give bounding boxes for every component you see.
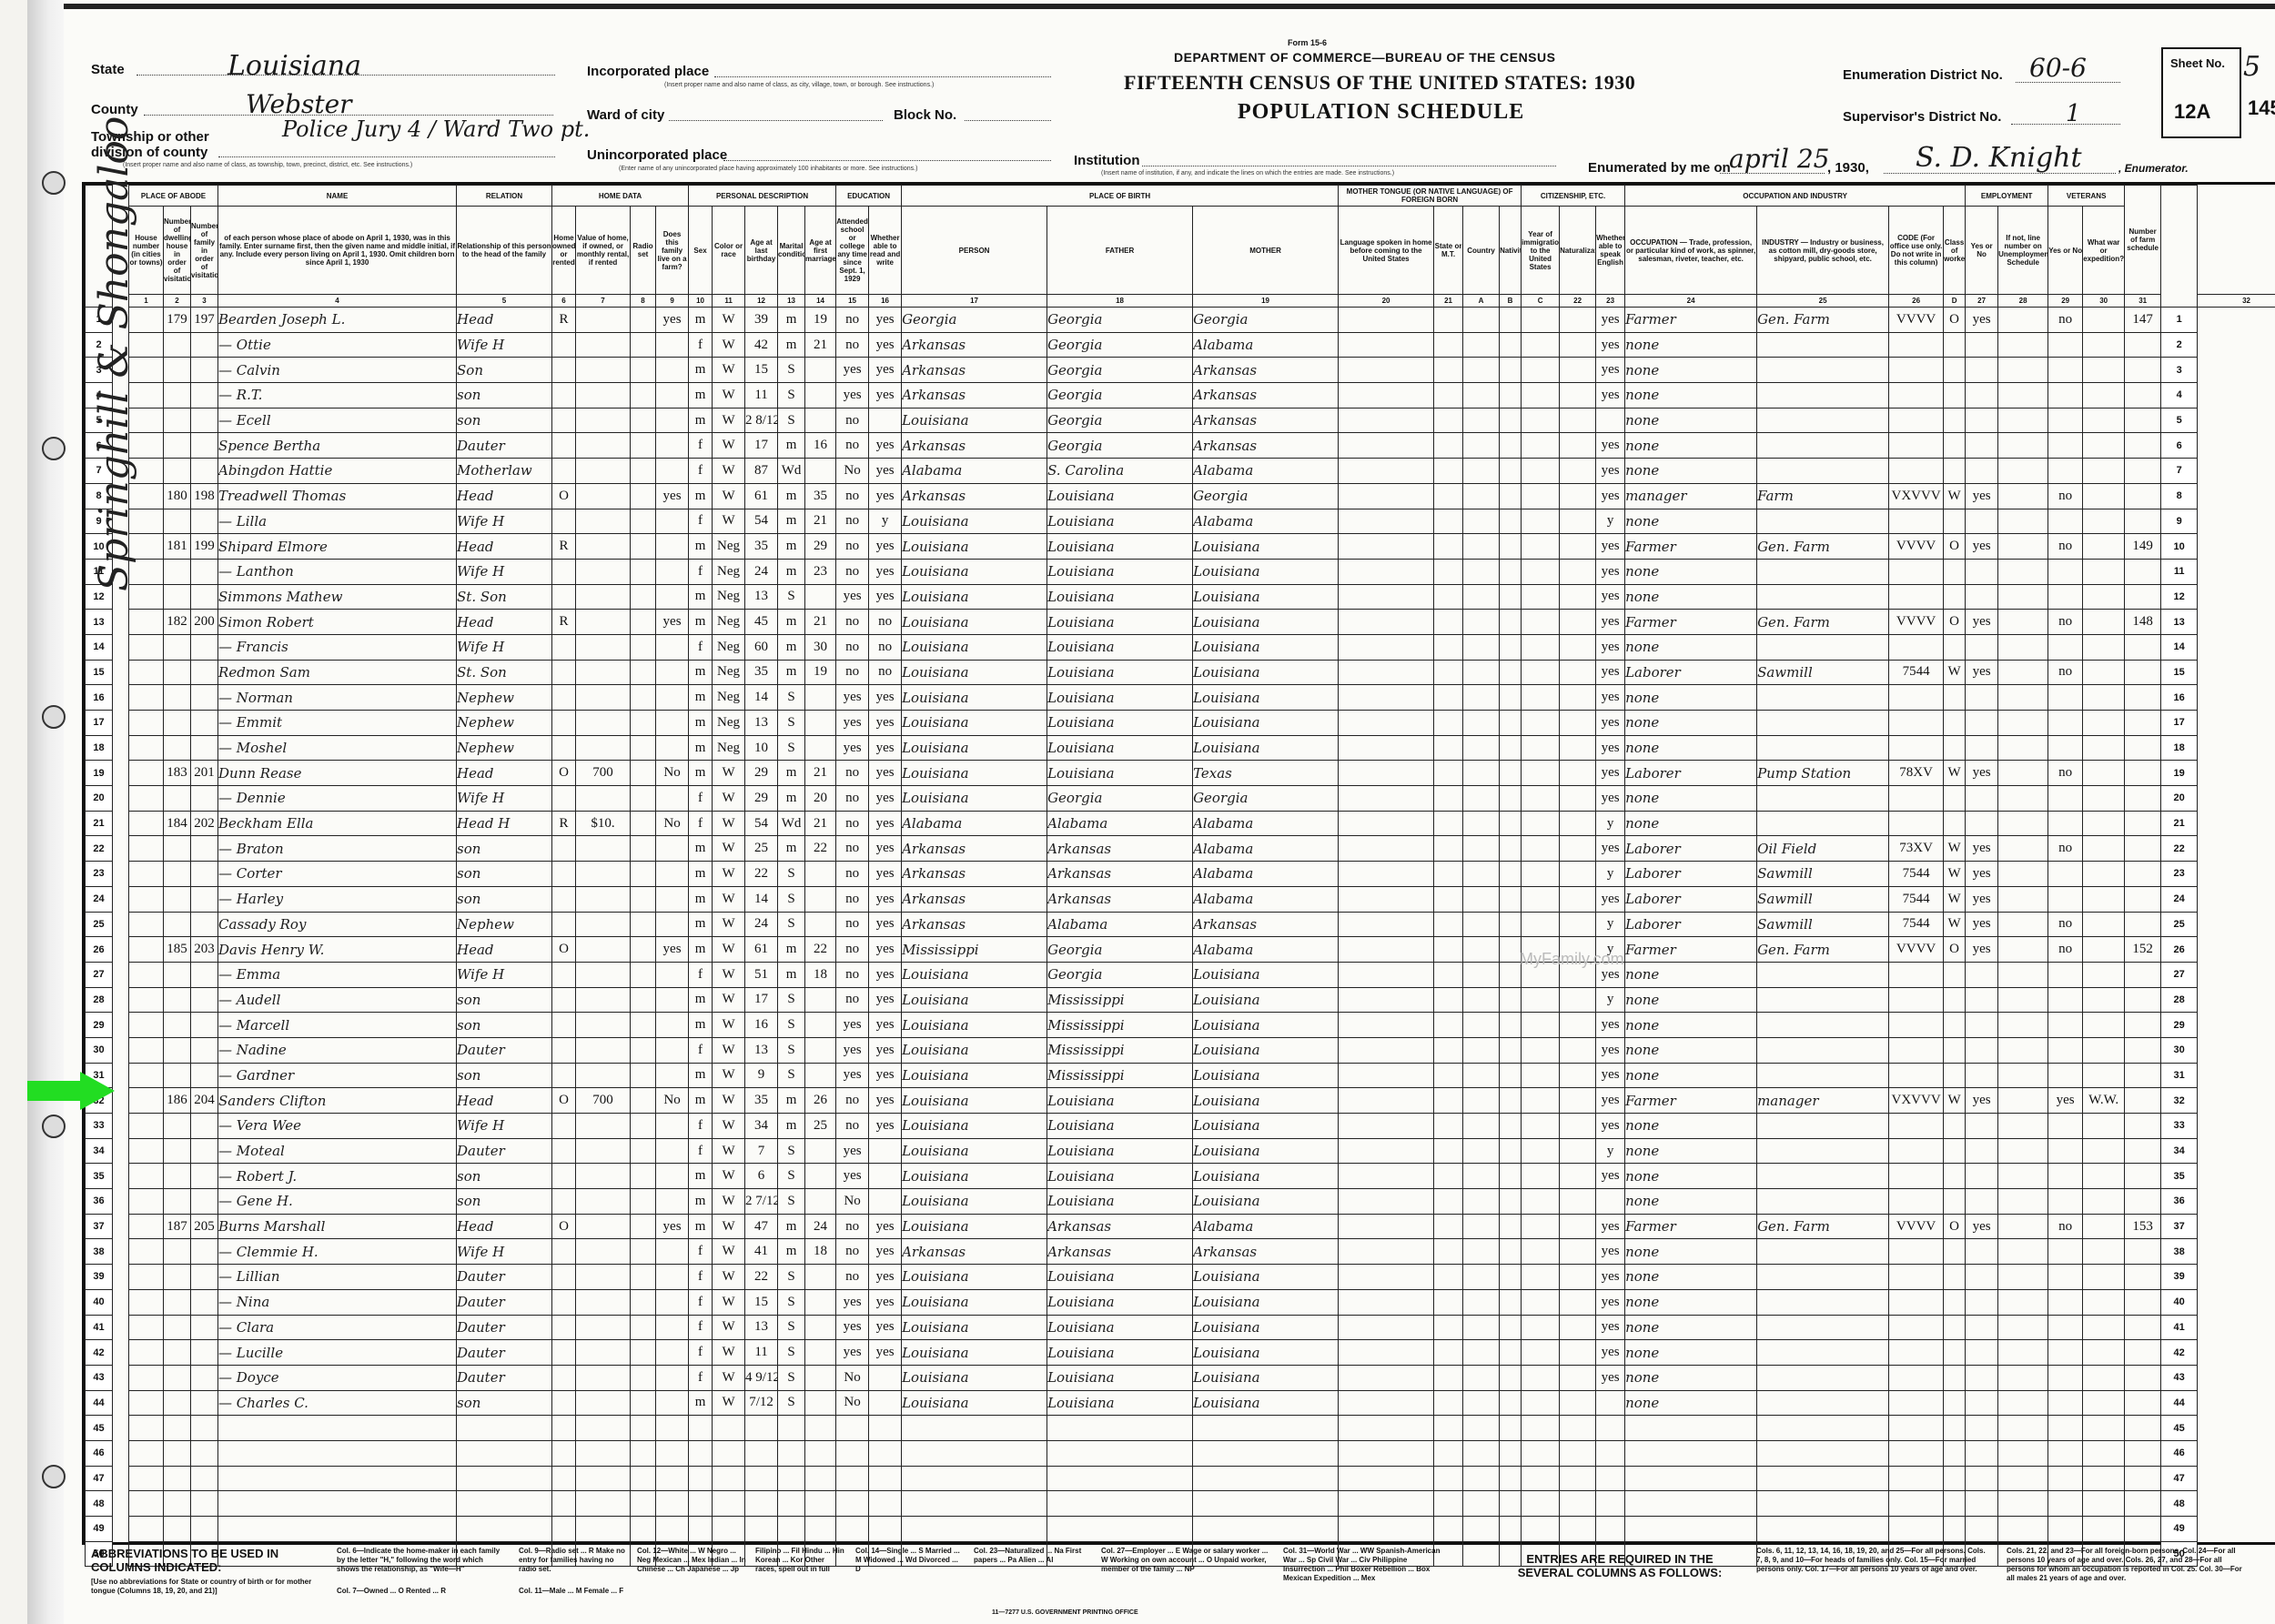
cell-war bbox=[2083, 1340, 2125, 1366]
cell-school: yes bbox=[836, 1013, 869, 1038]
cell-farm bbox=[656, 509, 689, 534]
cell-lang bbox=[1339, 811, 1434, 836]
cell-radio bbox=[631, 811, 656, 836]
cell-relation: Wife H bbox=[457, 1114, 552, 1139]
cell-occupation: none bbox=[1625, 811, 1757, 836]
cell-unemp bbox=[1998, 962, 2048, 987]
cell-immig bbox=[1522, 1063, 1560, 1088]
street-cell bbox=[129, 1013, 164, 1038]
cell-mother: Louisiana bbox=[1193, 1063, 1339, 1088]
cell-work bbox=[1966, 1315, 1998, 1340]
cell-relation: Head bbox=[457, 1088, 552, 1114]
street-cell bbox=[129, 1315, 164, 1340]
cell-read: yes bbox=[869, 786, 902, 812]
cell-relation: Dauter bbox=[457, 1315, 552, 1340]
cell-name: Redmon Sam bbox=[218, 660, 457, 685]
cell-lang bbox=[1339, 1365, 1434, 1390]
cell-school: yes bbox=[836, 1063, 869, 1088]
cell-read: yes bbox=[869, 459, 902, 484]
cell-code bbox=[1889, 383, 1944, 409]
cell-marital: m bbox=[778, 786, 805, 812]
cell-owned: R bbox=[552, 308, 576, 333]
cell-dwelling bbox=[164, 735, 191, 761]
cell-age: 35 bbox=[745, 660, 778, 685]
cell-natur bbox=[1560, 634, 1596, 660]
cell-value bbox=[576, 1138, 631, 1164]
cell-work bbox=[1966, 559, 1998, 584]
cell-age-marr: 23 bbox=[805, 559, 836, 584]
cell-cC bbox=[1500, 358, 1522, 383]
cell-owned bbox=[552, 862, 576, 887]
cell-occupation: Farmer bbox=[1625, 308, 1757, 333]
cell-name: — Norman bbox=[218, 685, 457, 711]
line-number: 20 bbox=[86, 786, 113, 812]
cell-read: yes bbox=[869, 836, 902, 862]
cell-farm-sched bbox=[2125, 559, 2161, 584]
cell-cC bbox=[1500, 1517, 1522, 1542]
cell-race: Neg bbox=[713, 584, 745, 610]
cell-immig bbox=[1522, 483, 1560, 509]
cell-marital: S bbox=[778, 408, 805, 433]
cell-vet bbox=[2048, 811, 2083, 836]
cell-natur bbox=[1560, 1063, 1596, 1088]
cell-family bbox=[191, 383, 218, 409]
cell-work bbox=[1966, 1340, 1998, 1366]
cell-immig bbox=[1522, 1491, 1560, 1517]
cell-age: 45 bbox=[745, 610, 778, 635]
table-row: 4747 bbox=[86, 1466, 2275, 1491]
cell-cA bbox=[1434, 634, 1463, 660]
cell-school: no bbox=[836, 912, 869, 937]
cell-dwelling bbox=[164, 862, 191, 887]
name-group: NAME bbox=[218, 186, 457, 207]
cell-relation: St. Son bbox=[457, 660, 552, 685]
cell-occupation: none bbox=[1625, 1265, 1757, 1290]
cell-cA bbox=[1434, 1013, 1463, 1038]
cell-marital: S bbox=[778, 1013, 805, 1038]
cell-work bbox=[1966, 735, 1998, 761]
table-row: 43— DoyceDauterfW4 9/12SNoLouisianaLouis… bbox=[86, 1365, 2275, 1390]
cell-cC bbox=[1500, 433, 1522, 459]
cell-race bbox=[713, 1517, 745, 1542]
cell-sex: m bbox=[689, 1013, 713, 1038]
cell-radio bbox=[631, 735, 656, 761]
cell-cB bbox=[1463, 1466, 1500, 1491]
cell-farm-sched bbox=[2125, 634, 2161, 660]
cell-birth: Louisiana bbox=[902, 1088, 1047, 1114]
cell-mother: Arkansas bbox=[1193, 912, 1339, 937]
department-title: DEPARTMENT OF COMMERCE—BUREAU OF THE CEN… bbox=[1174, 50, 1555, 65]
cell-english: yes bbox=[1596, 660, 1625, 685]
cell-school: yes bbox=[836, 1315, 869, 1340]
cell-birth: Louisiana bbox=[902, 962, 1047, 987]
cell-marital: S bbox=[778, 1289, 805, 1315]
arrow-shaft bbox=[27, 1081, 82, 1101]
cell-name: Cassady Roy bbox=[218, 912, 457, 937]
cell-war bbox=[2083, 735, 2125, 761]
gutter-cell bbox=[113, 735, 129, 761]
line-number: 17 bbox=[86, 711, 113, 736]
cell-natur bbox=[1560, 1114, 1596, 1139]
cell-war bbox=[2083, 1365, 2125, 1390]
cell-race: W bbox=[713, 383, 745, 409]
cell-sex: m bbox=[689, 610, 713, 635]
cell-english: yes bbox=[1596, 735, 1625, 761]
cell-age: 54 bbox=[745, 509, 778, 534]
cell-family: 200 bbox=[191, 610, 218, 635]
cell-farm bbox=[656, 1239, 689, 1265]
cell-immig bbox=[1522, 711, 1560, 736]
cell-relation: Dauter bbox=[457, 1265, 552, 1290]
cell-father: Georgia bbox=[1047, 358, 1193, 383]
column-number: 8 bbox=[631, 295, 656, 308]
cell-family bbox=[191, 685, 218, 711]
cell-read: yes bbox=[869, 987, 902, 1013]
cell-age: 13 bbox=[745, 711, 778, 736]
cell-race bbox=[713, 1416, 745, 1441]
line-number: 46 bbox=[86, 1440, 113, 1466]
cell-owned bbox=[552, 711, 576, 736]
street-cell bbox=[129, 937, 164, 963]
cell-school: no bbox=[836, 886, 869, 912]
cell-class bbox=[1944, 1289, 1966, 1315]
cell-cC bbox=[1500, 408, 1522, 433]
cell-code bbox=[1889, 1517, 1944, 1542]
cell-code: VVVV bbox=[1889, 534, 1944, 560]
cell-cA bbox=[1434, 1265, 1463, 1290]
cell-war bbox=[2083, 1315, 2125, 1340]
cell-code bbox=[1889, 735, 1944, 761]
line-number-right: 6 bbox=[2161, 433, 2198, 459]
cell-relation: son bbox=[457, 836, 552, 862]
cell-race: W bbox=[713, 358, 745, 383]
table-row: 37187205Burns MarshallHeadOyesmW47m24noy… bbox=[86, 1214, 2275, 1239]
cell-farm-sched: 147 bbox=[2125, 308, 2161, 333]
cell-school: no bbox=[836, 1088, 869, 1114]
table-row: 15Redmon SamSt. SonmNeg35m19nonoLouisian… bbox=[86, 660, 2275, 685]
cell-vet bbox=[2048, 634, 2083, 660]
cell-age: 24 bbox=[745, 912, 778, 937]
cell-lang bbox=[1339, 1265, 1434, 1290]
cell-mother: Alabama bbox=[1193, 811, 1339, 836]
cell-english: y bbox=[1596, 1138, 1625, 1164]
cell-occupation bbox=[1625, 1440, 1757, 1466]
population-table: PLACE OF ABODE NAME RELATION HOME DATA P… bbox=[85, 185, 2275, 1567]
cell-mother: Arkansas bbox=[1193, 1239, 1339, 1265]
cell-age: 35 bbox=[745, 1088, 778, 1114]
cell-owned bbox=[552, 1340, 576, 1366]
cell-dwelling bbox=[164, 1063, 191, 1088]
cell-dwelling: 183 bbox=[164, 761, 191, 786]
cell-name: — Charles C. bbox=[218, 1390, 457, 1416]
cell-farm bbox=[656, 1340, 689, 1366]
cell-relation: Nephew bbox=[457, 912, 552, 937]
cell-read: yes bbox=[869, 912, 902, 937]
cell-father: Louisiana bbox=[1047, 1164, 1193, 1189]
cell-vet bbox=[2048, 559, 2083, 584]
cell-war bbox=[2083, 886, 2125, 912]
cell-farm bbox=[656, 534, 689, 560]
cell-owned bbox=[552, 634, 576, 660]
cell-birth: Arkansas bbox=[902, 383, 1047, 409]
cell-age-marr: 19 bbox=[805, 660, 836, 685]
cell-marital: S bbox=[778, 685, 805, 711]
cell-english: yes bbox=[1596, 836, 1625, 862]
cell-code bbox=[1889, 962, 1944, 987]
cell-birth: Louisiana bbox=[902, 1214, 1047, 1239]
table-row: 19183201Dunn ReaseHeadO700NomW29m21noyes… bbox=[86, 761, 2275, 786]
gutter-cell bbox=[113, 811, 129, 836]
cell-cB bbox=[1463, 811, 1500, 836]
cell-unemp bbox=[1998, 1466, 2048, 1491]
state-label: State bbox=[91, 62, 125, 77]
cell-father: Mississippi bbox=[1047, 1037, 1193, 1063]
cell-owned: R bbox=[552, 534, 576, 560]
cell-work bbox=[1966, 1013, 1998, 1038]
table-row: 18— MoshelNephewmNeg10SyesyesLouisianaLo… bbox=[86, 735, 2275, 761]
cell-cC bbox=[1500, 735, 1522, 761]
col-code-b-header: Country bbox=[1463, 207, 1500, 295]
col-read-header: Whether able to read and write bbox=[869, 207, 902, 295]
cell-industry: Sawmill bbox=[1757, 912, 1889, 937]
column-number: 18 bbox=[1047, 295, 1193, 308]
cell-farm-sched bbox=[2125, 711, 2161, 736]
cell-war bbox=[2083, 811, 2125, 836]
sheet-stamp: 145 bbox=[2248, 96, 2275, 120]
cell-marital: S bbox=[778, 584, 805, 610]
cell-unemp bbox=[1998, 509, 2048, 534]
cell-war bbox=[2083, 332, 2125, 358]
cell-owned bbox=[552, 1013, 576, 1038]
cell-family bbox=[191, 862, 218, 887]
cell-name: Dunn Rease bbox=[218, 761, 457, 786]
line-number-right: 9 bbox=[2161, 509, 2198, 534]
cell-lang bbox=[1339, 1164, 1434, 1189]
cell-code bbox=[1889, 433, 1944, 459]
cell-mother: Louisiana bbox=[1193, 1390, 1339, 1416]
cell-owned bbox=[552, 1265, 576, 1290]
cell-dwelling bbox=[164, 886, 191, 912]
cell-birth: Georgia bbox=[902, 308, 1047, 333]
cell-industry bbox=[1757, 1491, 1889, 1517]
cell-industry bbox=[1757, 1517, 1889, 1542]
cell-family: 199 bbox=[191, 534, 218, 560]
cell-unemp bbox=[1998, 836, 2048, 862]
cell-occupation: none bbox=[1625, 1138, 1757, 1164]
street-cell bbox=[129, 1517, 164, 1542]
cell-occupation: none bbox=[1625, 408, 1757, 433]
personal-group: PERSONAL DESCRIPTION bbox=[689, 186, 836, 207]
cell-marital: m bbox=[778, 1088, 805, 1114]
cell-natur bbox=[1560, 862, 1596, 887]
cell-class bbox=[1944, 509, 1966, 534]
cell-dwelling bbox=[164, 1340, 191, 1366]
cell-mother: Louisiana bbox=[1193, 1315, 1339, 1340]
cell-read: yes bbox=[869, 534, 902, 560]
cell-industry bbox=[1757, 1315, 1889, 1340]
cell-father: Alabama bbox=[1047, 811, 1193, 836]
cell-race: Neg bbox=[713, 634, 745, 660]
cell-read: yes bbox=[869, 811, 902, 836]
education-group: EDUCATION bbox=[836, 186, 902, 207]
cell-mother: Louisiana bbox=[1193, 1340, 1339, 1366]
line-number: 40 bbox=[86, 1289, 113, 1315]
cell-english: yes bbox=[1596, 1037, 1625, 1063]
cell-value bbox=[576, 660, 631, 685]
cell-age-marr: 18 bbox=[805, 1239, 836, 1265]
cell-english bbox=[1596, 1517, 1625, 1542]
cell-class bbox=[1944, 1114, 1966, 1139]
column-number: 27 bbox=[1966, 295, 1998, 308]
cell-birth: Louisiana bbox=[902, 534, 1047, 560]
cell-vet: no bbox=[2048, 483, 2083, 509]
cell-farm bbox=[656, 1390, 689, 1416]
cell-class: W bbox=[1944, 836, 1966, 862]
scan-edge bbox=[27, 0, 64, 1624]
column-number: 2 bbox=[164, 295, 191, 308]
cell-father: Georgia bbox=[1047, 383, 1193, 409]
cell-owned bbox=[552, 1390, 576, 1416]
cell-war bbox=[2083, 786, 2125, 812]
cell-unemp bbox=[1998, 332, 2048, 358]
cell-age: 41 bbox=[745, 1239, 778, 1265]
cell-immig bbox=[1522, 459, 1560, 484]
cell-work bbox=[1966, 584, 1998, 610]
cell-owned: R bbox=[552, 610, 576, 635]
veterans-group: VETERANS bbox=[2048, 186, 2125, 207]
table-row: 1179197Bearden Joseph L.HeadRyesmW39m19n… bbox=[86, 308, 2275, 333]
table-row: 4848 bbox=[86, 1491, 2275, 1517]
cell-family bbox=[191, 1138, 218, 1164]
cell-read: no bbox=[869, 634, 902, 660]
cell-war bbox=[2083, 1013, 2125, 1038]
cell-read bbox=[869, 1517, 902, 1542]
cell-war bbox=[2083, 1239, 2125, 1265]
cell-race: W bbox=[713, 1265, 745, 1290]
cell-cA bbox=[1434, 1340, 1463, 1366]
cell-name: — Nadine bbox=[218, 1037, 457, 1063]
line-number-right: 26 bbox=[2161, 937, 2198, 963]
cell-marital: S bbox=[778, 1390, 805, 1416]
cell-cB bbox=[1463, 1214, 1500, 1239]
cell-value bbox=[576, 735, 631, 761]
cell-cB bbox=[1463, 459, 1500, 484]
cell-natur bbox=[1560, 912, 1596, 937]
cell-farm bbox=[656, 1416, 689, 1441]
cell-class bbox=[1944, 1164, 1966, 1189]
table-row: 22— BratonsonmW25m22noyesArkansasArkansa… bbox=[86, 836, 2275, 862]
cell-school: no bbox=[836, 1239, 869, 1265]
cell-race: W bbox=[713, 761, 745, 786]
cell-war bbox=[2083, 1265, 2125, 1290]
cell-class bbox=[1944, 1365, 1966, 1390]
cell-class bbox=[1944, 735, 1966, 761]
cell-age-marr bbox=[805, 1164, 836, 1189]
line-number-right: 33 bbox=[2161, 1114, 2198, 1139]
cell-farm-sched bbox=[2125, 735, 2161, 761]
cell-farm bbox=[656, 358, 689, 383]
cell-war bbox=[2083, 610, 2125, 635]
cell-immig bbox=[1522, 786, 1560, 812]
cell-vet: no bbox=[2048, 836, 2083, 862]
cell-birth: Arkansas bbox=[902, 912, 1047, 937]
cell-marital: m bbox=[778, 634, 805, 660]
cell-race: Neg bbox=[713, 735, 745, 761]
cell-sex bbox=[689, 1440, 713, 1466]
cell-code bbox=[1889, 1340, 1944, 1366]
enumerated-label: Enumerated by me on bbox=[1588, 160, 1731, 176]
cell-cC bbox=[1500, 862, 1522, 887]
cell-mother: Georgia bbox=[1193, 483, 1339, 509]
cell-war bbox=[2083, 937, 2125, 963]
cell-code bbox=[1889, 811, 1944, 836]
cell-race: W bbox=[713, 862, 745, 887]
cell-school: yes bbox=[836, 711, 869, 736]
cell-sex: f bbox=[689, 1138, 713, 1164]
institution-line bbox=[1142, 166, 1556, 166]
cell-school: no bbox=[836, 660, 869, 685]
line-number: 22 bbox=[86, 836, 113, 862]
cell-work: yes bbox=[1966, 886, 1998, 912]
table-row: 33— Vera WeeWife HfW34m25noyesLouisianaL… bbox=[86, 1114, 2275, 1139]
cell-cC bbox=[1500, 383, 1522, 409]
street-cell bbox=[129, 1390, 164, 1416]
cell-lang bbox=[1339, 534, 1434, 560]
cell-unemp bbox=[1998, 1416, 2048, 1441]
cell-lang bbox=[1339, 1013, 1434, 1038]
cell-age: 7/12 bbox=[745, 1390, 778, 1416]
cell-farm bbox=[656, 660, 689, 685]
cell-vet bbox=[2048, 786, 2083, 812]
cell-vet bbox=[2048, 1390, 2083, 1416]
cell-family: 198 bbox=[191, 483, 218, 509]
cell-class bbox=[1944, 1315, 1966, 1340]
cell-cC bbox=[1500, 1440, 1522, 1466]
cell-immig bbox=[1522, 1340, 1560, 1366]
cell-school: yes bbox=[836, 1037, 869, 1063]
cell-industry bbox=[1757, 358, 1889, 383]
cell-marital: S bbox=[778, 711, 805, 736]
line-number: 45 bbox=[86, 1416, 113, 1441]
cell-marital: S bbox=[778, 1138, 805, 1164]
cell-unemp bbox=[1998, 610, 2048, 635]
line-number-right: 29 bbox=[2161, 1013, 2198, 1038]
cell-age-marr: 21 bbox=[805, 761, 836, 786]
cell-age-marr: 18 bbox=[805, 962, 836, 987]
cell-vet: yes bbox=[2048, 1088, 2083, 1114]
cell-radio bbox=[631, 433, 656, 459]
cell-mother bbox=[1193, 1491, 1339, 1517]
cell-mother: Arkansas bbox=[1193, 383, 1339, 409]
cell-read: yes bbox=[869, 1037, 902, 1063]
cell-name: Simon Robert bbox=[218, 610, 457, 635]
cell-father: Louisiana bbox=[1047, 559, 1193, 584]
cell-radio bbox=[631, 534, 656, 560]
cell-mother: Alabama bbox=[1193, 886, 1339, 912]
cell-read: yes bbox=[869, 1013, 902, 1038]
cell-relation bbox=[457, 1517, 552, 1542]
cell-read: yes bbox=[869, 761, 902, 786]
cell-farm-sched bbox=[2125, 1265, 2161, 1290]
cell-mother: Arkansas bbox=[1193, 408, 1339, 433]
gutter-cell bbox=[113, 1390, 129, 1416]
punch-hole bbox=[42, 171, 66, 195]
gutter-cell bbox=[113, 862, 129, 887]
cell-family bbox=[191, 332, 218, 358]
cell-age: 15 bbox=[745, 358, 778, 383]
cell-school: no bbox=[836, 610, 869, 635]
cell-farm-sched bbox=[2125, 1063, 2161, 1088]
